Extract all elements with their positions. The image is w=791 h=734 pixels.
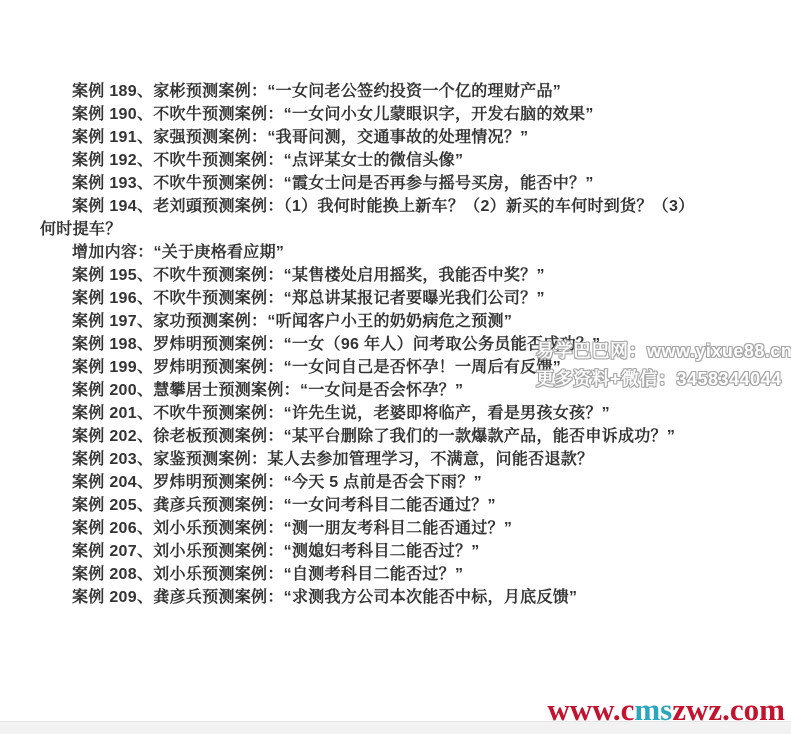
document-line: 案例 192、不吹牛预测案例：“点评某女士的微信头像” — [40, 149, 781, 172]
document-line: 案例 195、不吹牛预测案例：“某售楼处启用摇奖，我能否中奖？” — [40, 264, 781, 287]
document-line: 案例 198、罗炜明预测案例：“一女（96 年人）问考取公务员能否成功？” — [40, 333, 781, 356]
document-line: 案例 201、不吹牛预测案例：“许先生说，老婆即将临产，看是男孩女孩？” — [40, 402, 781, 425]
document-line: 案例 191、家强预测案例：“我哥问测，交通事故的处理情况？” — [40, 126, 781, 149]
document-line: 案例 199、罗炜明预测案例：“一女问自己是否怀孕！一周后有反馈” — [40, 356, 781, 379]
document-line: 案例 196、不吹牛预测案例：“郑总讲某报记者要曝光我们公司？” — [40, 287, 781, 310]
footer-url-part3: zwz.com — [672, 692, 785, 727]
document-line-continuation: 何时提车？ — [40, 218, 781, 241]
page: { "page": { "background": "#ffffff", "te… — [0, 0, 791, 734]
document-line: 案例 208、刘小乐预测案例：“自测考科目二能否过？” — [40, 563, 781, 586]
footer-site-url: www.cmszwz.com — [547, 694, 785, 726]
document-line: 案例 206、刘小乐预测案例：“测一朋友考科目二能否通过？” — [40, 517, 781, 540]
footer-url-part2: ms — [634, 692, 672, 727]
document-line: 案例 200、慧攀居士预测案例：“一女问是否会怀孕？” — [40, 379, 781, 402]
document-line: 案例 193、不吹牛预测案例：“霞女士问是否再参与摇号买房，能否中？” — [40, 172, 781, 195]
document-line: 案例 202、徐老板预测案例：“某平台删除了我们的一款爆款产品，能否申诉成功？” — [40, 425, 781, 448]
document-line: 案例 207、刘小乐预测案例：“测媳妇考科目二能否过？” — [40, 540, 781, 563]
document-line: 案例 209、龚彦兵预测案例：“求测我方公司本次能否中标，月底反馈” — [40, 586, 781, 609]
document-line: 增加内容：“关于庚格看应期” — [40, 241, 781, 264]
document-line: 案例 204、罗炜明预测案例：“今天 5 点前是否会下雨？” — [40, 471, 781, 494]
document-line: 案例 197、家功预测案例：“听闻客户小王的奶奶病危之预测” — [40, 310, 781, 333]
document-line: 案例 203、家鉴预测案例：某人去参加管理学习，不满意，问能否退款？ — [40, 448, 781, 471]
document-line: 案例 194、老刘頭预测案例：（1）我何时能换上新车？（2）新买的车何时到货？（… — [40, 195, 781, 218]
document-line: 案例 190、不吹牛预测案例：“一女问小女儿蒙眼识字，开发右脑的效果” — [40, 103, 781, 126]
document-line: 案例 189、家彬预测案例：“一女问老公签约投资一个亿的理财产品” — [40, 80, 781, 103]
document-body: 案例 189、家彬预测案例：“一女问老公签约投资一个亿的理财产品” 案例 190… — [40, 80, 781, 609]
document-line: 案例 205、龚彦兵预测案例：“一女问考科目二能否通过？” — [40, 494, 781, 517]
footer-url-part1: www.c — [547, 692, 634, 727]
